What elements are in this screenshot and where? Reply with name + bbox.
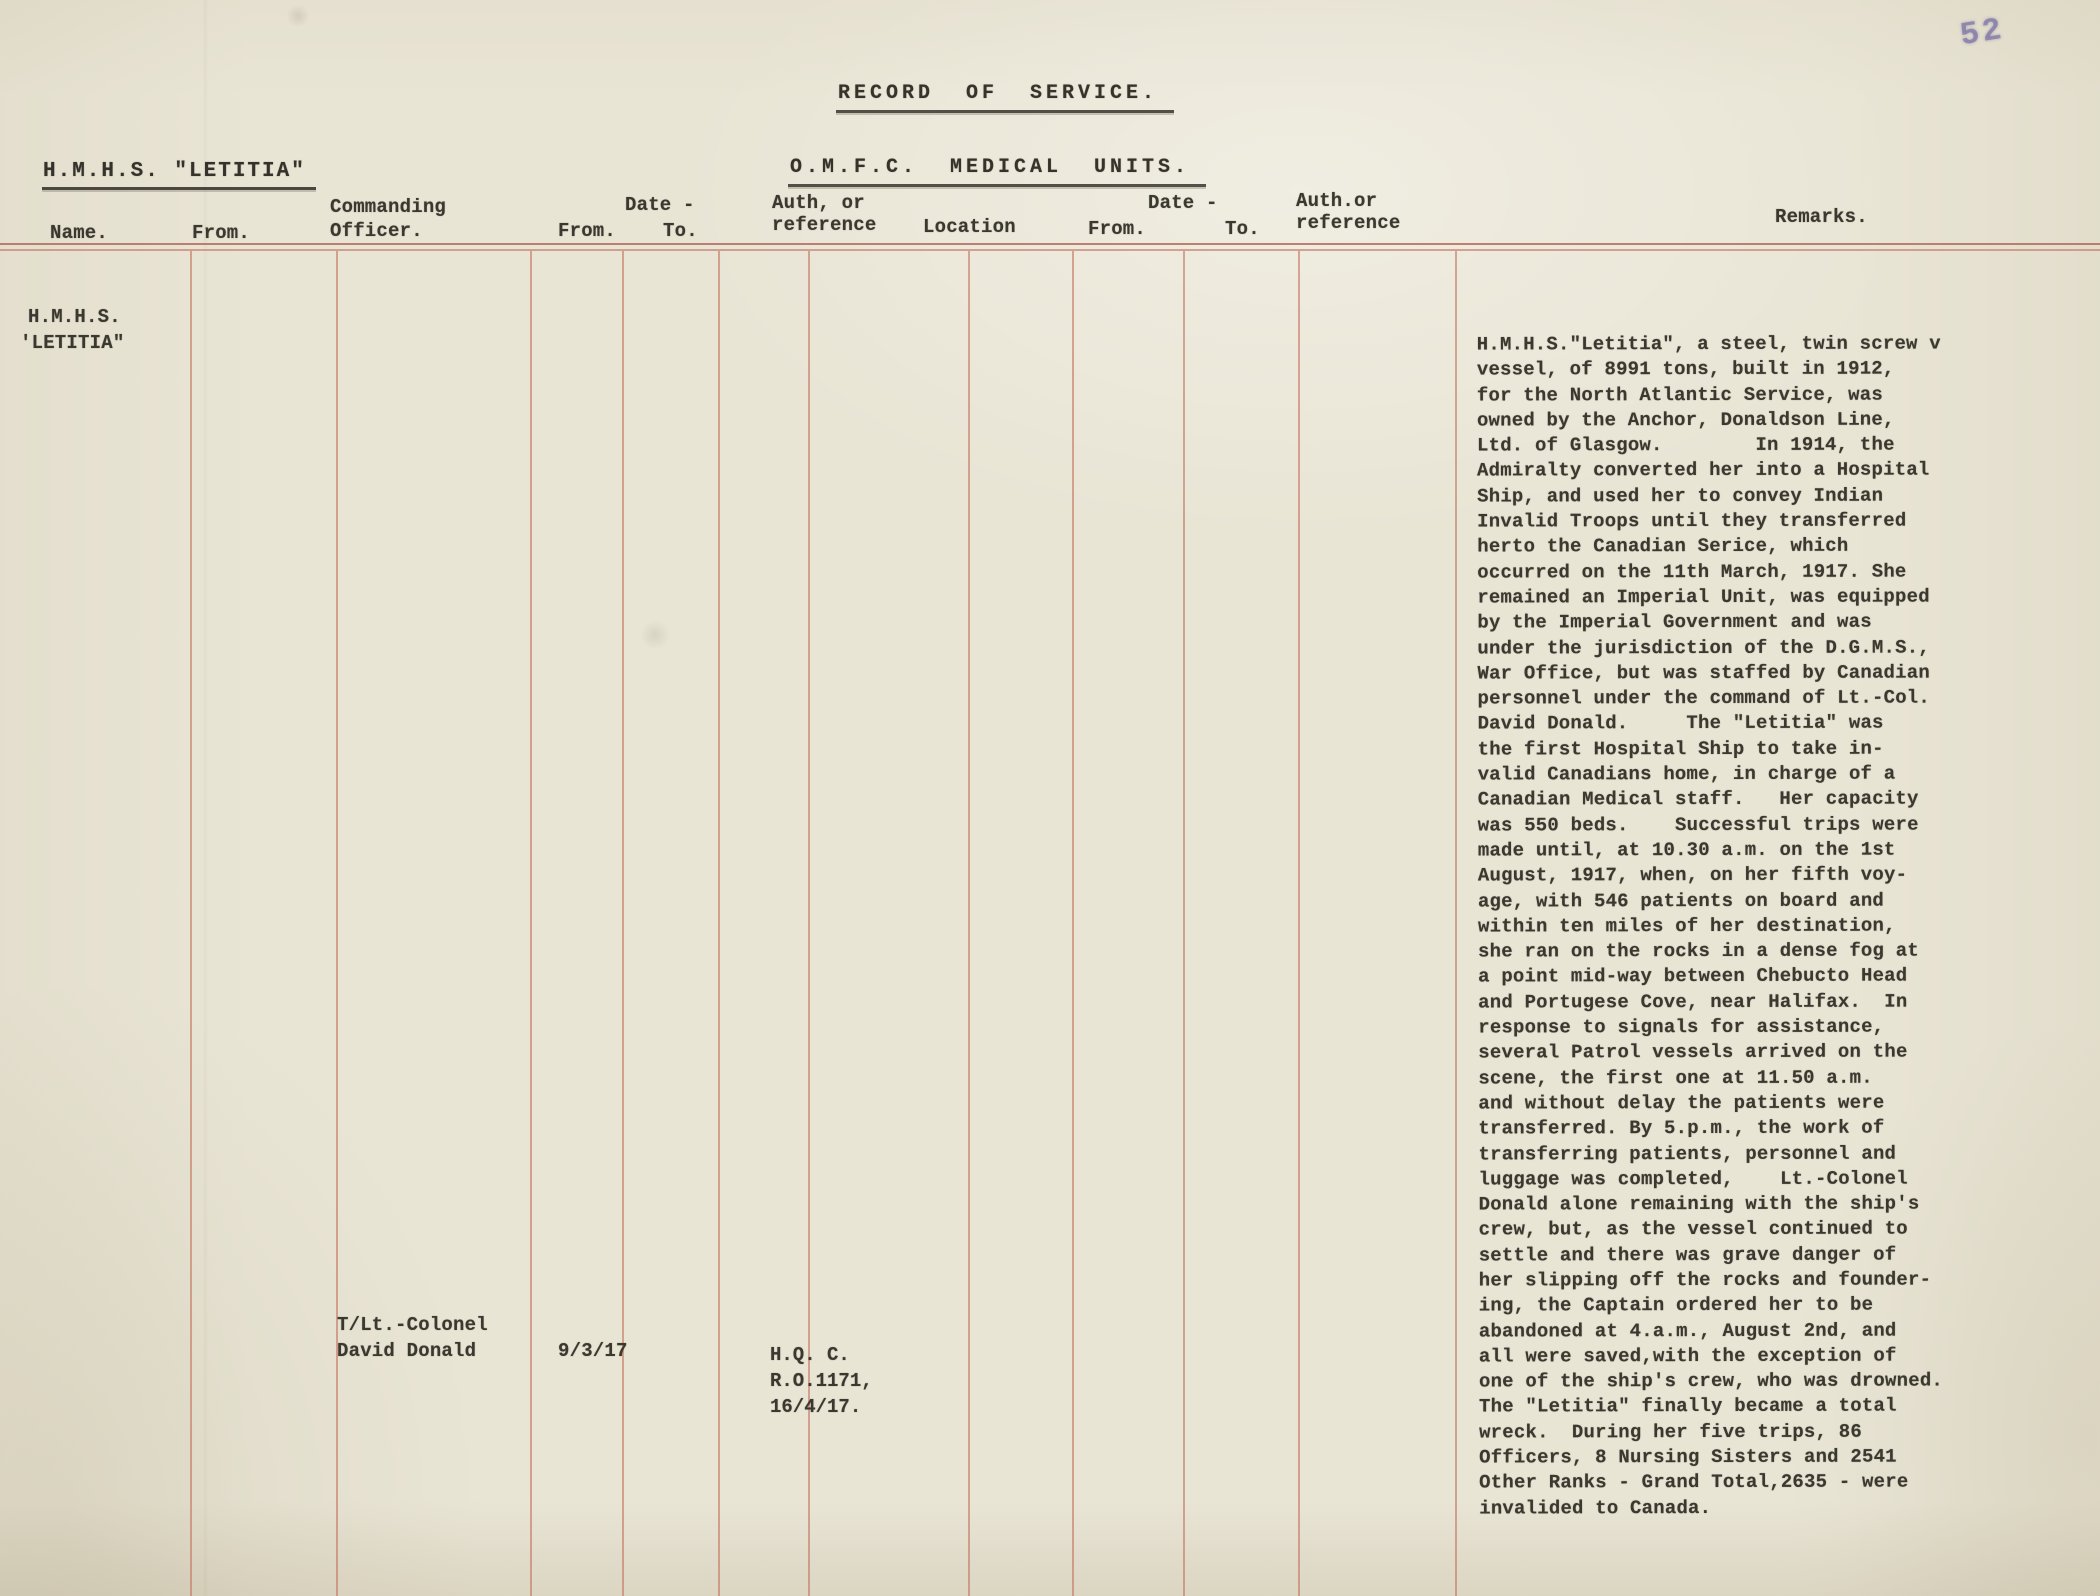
cell-ship-name-line2: 'LETITIA" [20, 332, 124, 354]
remarks-line: Ship, and used her to convey Indian [1477, 483, 1941, 509]
cell-ship-name-line1: H.M.H.S. [28, 306, 121, 328]
remarks-line: ing, the Captain ordered her to be [1479, 1293, 1943, 1319]
column-header-date-2-to: To. [1225, 218, 1260, 240]
remarks-line: and without delay the patients were [1478, 1090, 1942, 1116]
column-header-location: Location [923, 216, 1016, 238]
remarks-line: age, with 546 patients on board and [1478, 888, 1942, 914]
remarks-line: and Portugese Cove, near Halifax. In [1478, 989, 1942, 1015]
remarks-line: Ltd. of Glasgow. In 1914, the [1477, 433, 1941, 459]
column-header-auth-reference-2-line2: reference [1296, 212, 1400, 234]
column-header-auth-reference-1-line2: reference [772, 214, 876, 236]
remarks-line: luggage was completed, Lt.-Colonel [1479, 1166, 1943, 1192]
remarks-line: for the North Atlantic Service, was [1477, 382, 1941, 408]
remarks-line: valid Canadians home, in charge of a [1478, 762, 1942, 788]
remarks-line: invalided to Canada. [1479, 1495, 1943, 1521]
remarks-line: transferring patients, personnel and [1478, 1141, 1942, 1167]
remarks-line: abandoned at 4.a.m., August 2nd, and [1479, 1318, 1943, 1344]
remarks-line: personnel under the command of Lt.-Col. [1477, 686, 1941, 712]
column-header-auth-reference-2-line1: Auth.or [1296, 190, 1377, 212]
remarks-line: a point mid-way between Chebucto Head [1478, 964, 1942, 990]
column-header-commanding-officer-line1: Commanding [330, 196, 446, 218]
remarks-line: Officers, 8 Nursing Sisters and 2541 [1479, 1445, 1943, 1471]
auth-reference-line: 16/4/17. [770, 1394, 873, 1420]
remarks-line: scene, the first one at 11.50 a.m. [1478, 1065, 1942, 1091]
auth-reference-line: H.Q. C. [770, 1342, 873, 1368]
header-rule-top [0, 243, 2100, 245]
remarks-line: the first Hospital Ship to take in- [1478, 736, 1942, 762]
remarks-line: one of the ship's crew, who was drowned. [1479, 1369, 1943, 1395]
page-title: RECORD OF SERVICE. [836, 82, 1174, 113]
page-subtitle: O.M.F.C. MEDICAL UNITS. [788, 156, 1206, 187]
column-header-commanding-officer-line2: Officer. [330, 220, 423, 242]
ink-smudge [640, 620, 670, 650]
remarks-line: occurred on the 11th March, 1917. She [1477, 559, 1941, 585]
remarks-line: under the jurisdiction of the D.G.M.S., [1477, 635, 1941, 661]
remarks-line: Admiralty converted her into a Hospital [1477, 458, 1941, 484]
auth-reference-line: R.O.1171, [770, 1368, 873, 1394]
document-page: 52 RECORD OF SERVICE. O.M.F.C. MEDICAL U… [0, 0, 2100, 1596]
ink-smudge [285, 6, 311, 26]
column-rule [1183, 251, 1185, 1596]
column-rule [530, 251, 532, 1596]
cell-remarks: H.M.H.S."Letitia", a steel, twin screw v… [1477, 332, 1944, 1522]
column-header-date-1-to: To. [663, 220, 698, 242]
remarks-line: Donald alone remaining with the ship's [1479, 1192, 1943, 1218]
remarks-line: by the Imperial Government and was [1477, 610, 1941, 636]
column-header-from: From. [192, 222, 250, 244]
column-header-date-1-from: From. [558, 220, 616, 242]
column-header-remarks: Remarks. [1775, 206, 1868, 228]
remarks-line: her slipping off the rocks and founder- [1479, 1267, 1943, 1293]
remarks-line: response to signals for assistance, [1478, 1015, 1942, 1041]
column-header-date-1: Date - [625, 194, 695, 216]
remarks-line: Canadian Medical staff. Her capacity [1478, 787, 1942, 813]
column-rule [190, 251, 192, 1596]
column-rule [718, 251, 720, 1596]
remarks-line: was 550 beds. Successful trips were [1478, 812, 1942, 838]
column-header-date-2: Date - [1148, 192, 1218, 214]
column-rule [622, 251, 624, 1596]
remarks-line: David Donald. The "Letitia" was [1478, 711, 1942, 737]
remarks-line: August, 1917, when, on her fifth voy- [1478, 863, 1942, 889]
remarks-line: settle and there was grave danger of [1479, 1242, 1943, 1268]
column-header-date-2-from: From. [1088, 218, 1146, 240]
remarks-line: H.M.H.S."Letitia", a steel, twin screw v [1477, 332, 1941, 358]
remarks-line: all were saved,with the exception of [1479, 1343, 1943, 1369]
remarks-line: transferred. By 5.p.m., the work of [1478, 1116, 1942, 1142]
cell-commanding-officer-name: David Donald [337, 1340, 476, 1362]
remarks-line: owned by the Anchor, Donaldson Line, [1477, 407, 1941, 433]
column-rule [336, 251, 338, 1596]
remarks-line: War Office, but was staffed by Canadian [1477, 660, 1941, 686]
remarks-line: several Patrol vessels arrived on the [1478, 1040, 1942, 1066]
column-header-auth-reference-1-line1: Auth, or [772, 192, 865, 214]
column-header-name: Name. [50, 222, 108, 244]
remarks-line: herto the Canadian Serice, which [1477, 534, 1941, 560]
remarks-line: wreck. During her five trips, 86 [1479, 1419, 1943, 1445]
cell-commanding-officer-rank: T/Lt.-Colonel [337, 1314, 488, 1336]
column-rule [1072, 251, 1074, 1596]
remarks-line: vessel, of 8991 tons, built in 1912, [1477, 357, 1941, 383]
cell-date-from: 9/3/17 [558, 1340, 628, 1362]
column-rule [1298, 251, 1300, 1596]
remarks-line: Other Ranks - Grand Total,2635 - were [1479, 1470, 1943, 1496]
page-number-stamp: 52 [1957, 11, 2007, 54]
remarks-line: The "Letitia" finally became a total [1479, 1394, 1943, 1420]
remarks-line: within ten miles of her destination, [1478, 913, 1942, 939]
remarks-line: Invalid Troops until they transferred [1477, 509, 1941, 535]
cell-auth-reference: H.Q. C.R.O.1171,16/4/17. [770, 1342, 873, 1420]
section-heading: H.M.H.S. "LETITIA" [42, 160, 316, 190]
column-rule [1455, 251, 1457, 1596]
remarks-line: remained an Imperial Unit, was equipped [1477, 584, 1941, 610]
remarks-line: she ran on the rocks in a dense fog at [1478, 939, 1942, 965]
remarks-line: made until, at 10.30 a.m. on the 1st [1478, 837, 1942, 863]
header-rule-bottom [0, 249, 2100, 251]
column-rule [968, 251, 970, 1596]
remarks-line: crew, but, as the vessel continued to [1479, 1217, 1943, 1243]
